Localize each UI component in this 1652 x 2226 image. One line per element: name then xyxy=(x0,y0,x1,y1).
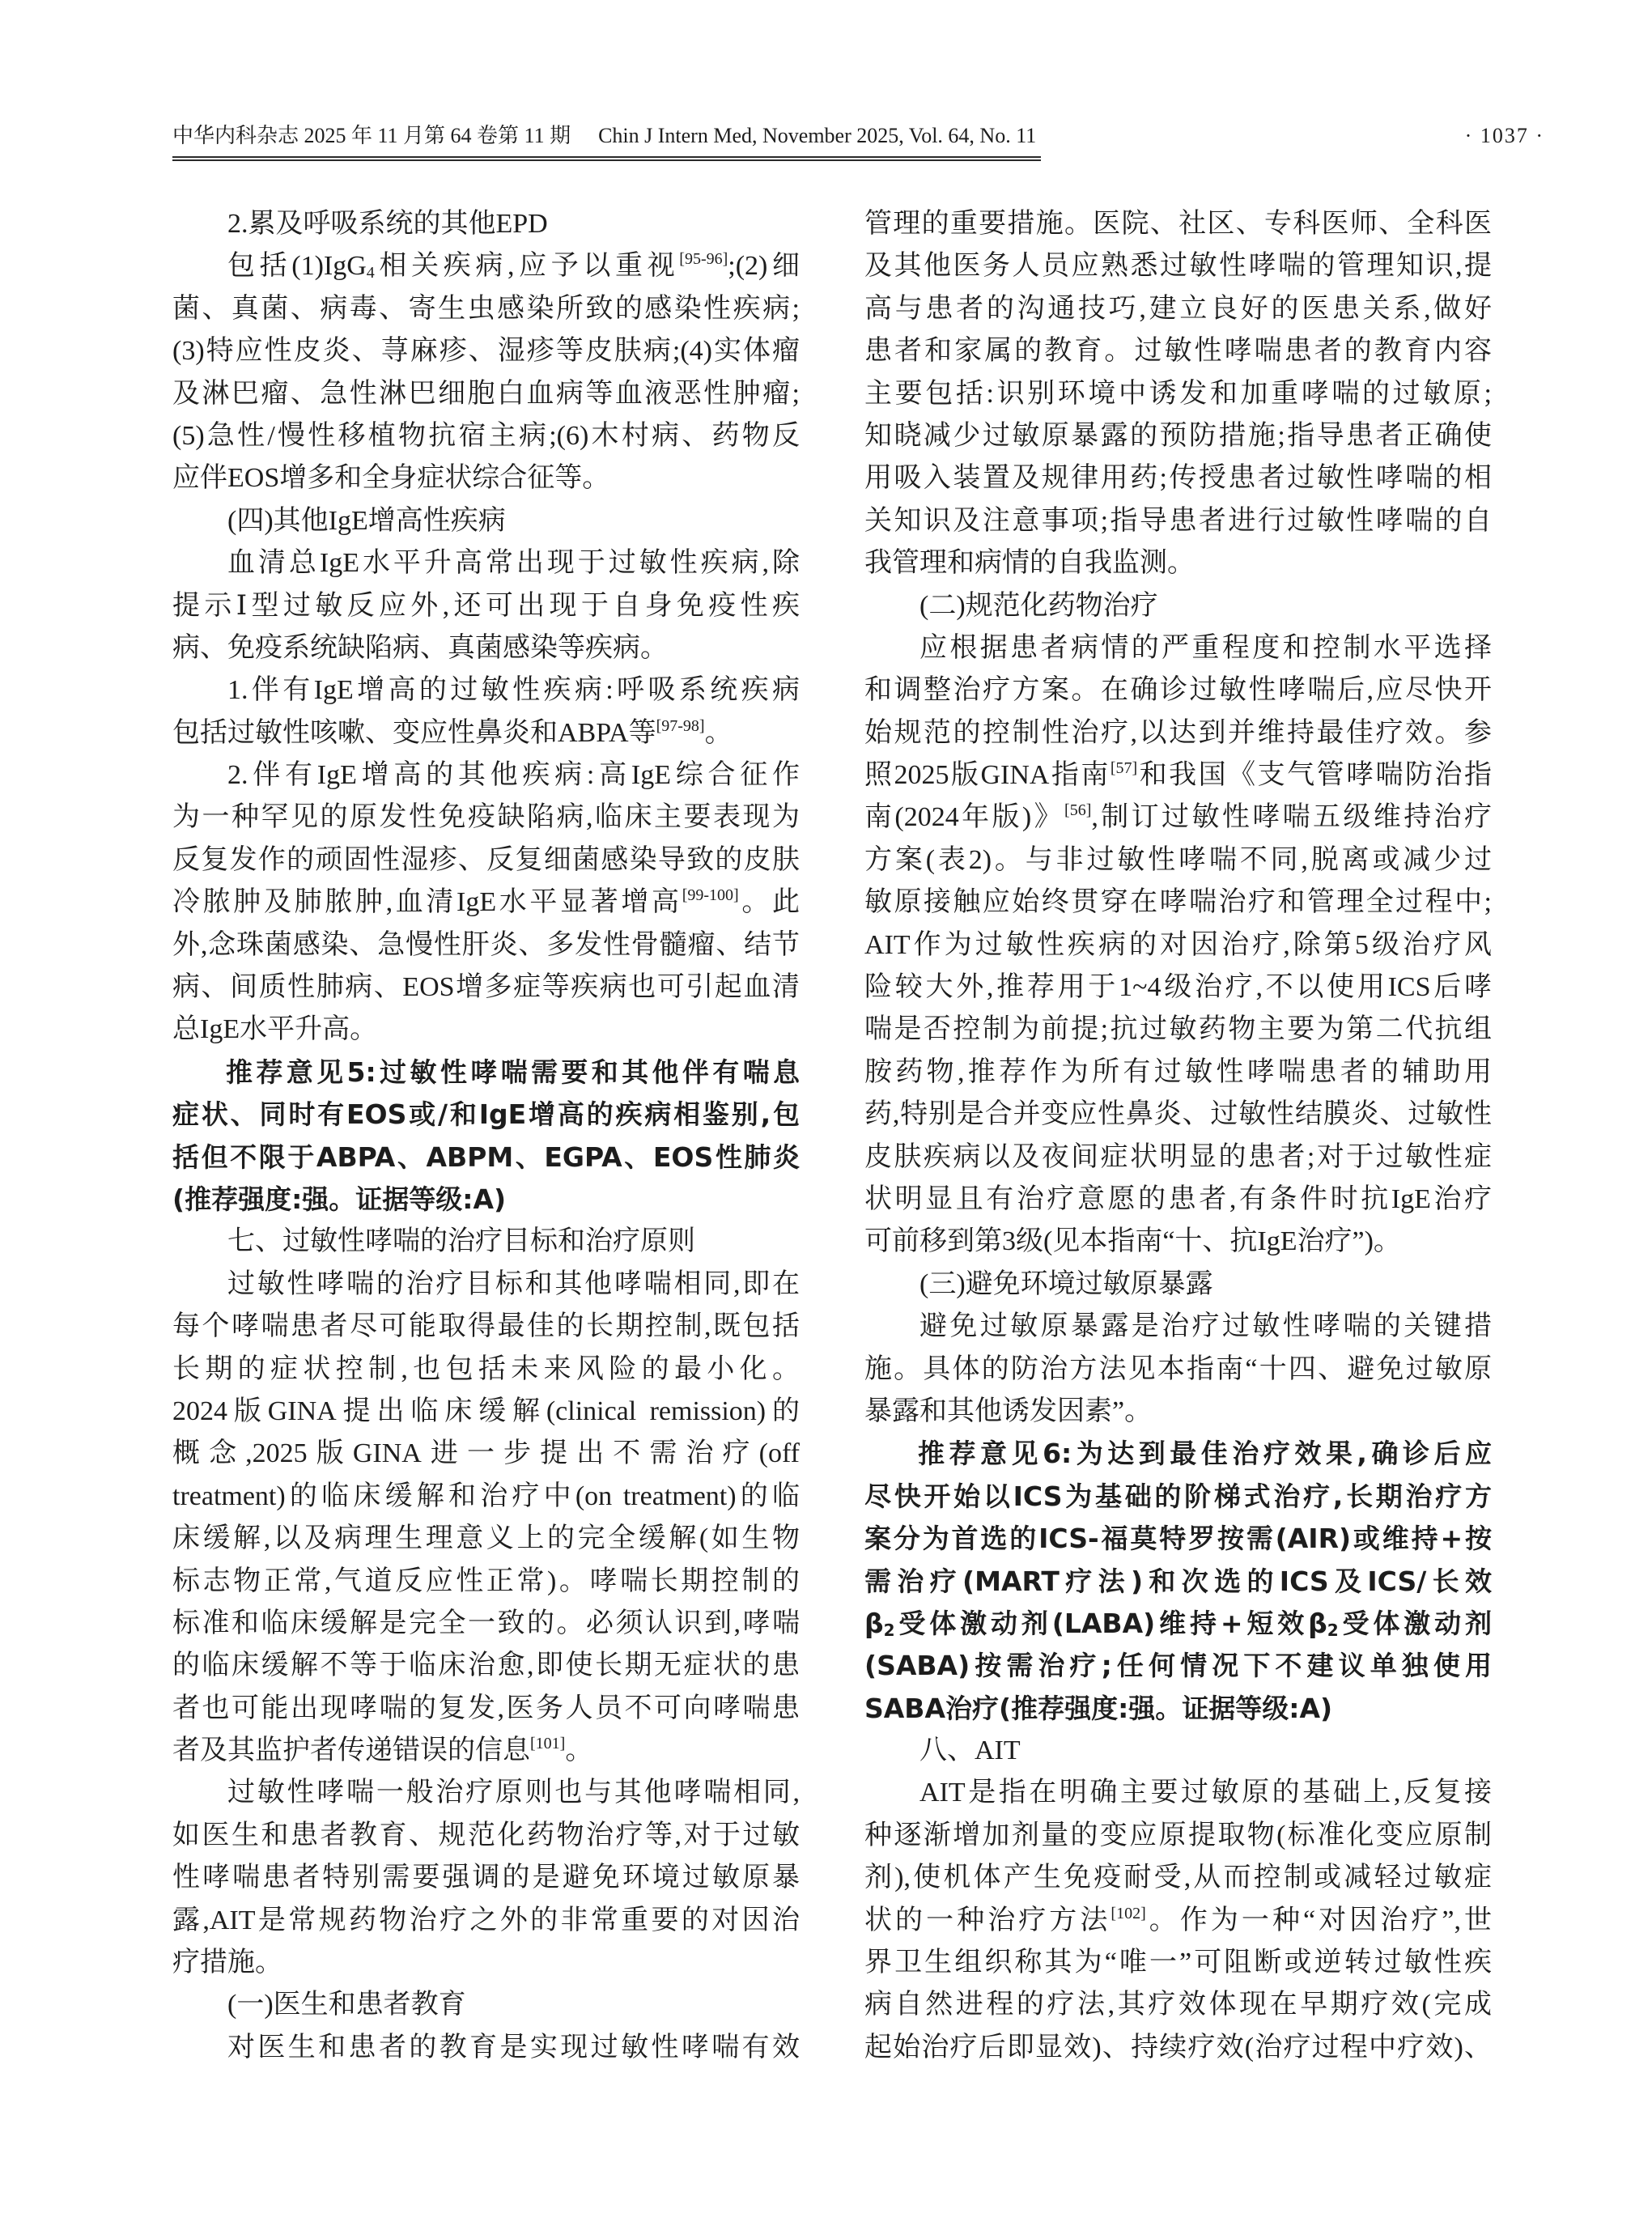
text-line: SABA治疗(推荐强度:强。证据等级:A) xyxy=(864,1688,1492,1730)
text-line: 为一种罕见的原发性免疫缺陷病,临床主要表现为 xyxy=(172,797,800,839)
text-line: 方案(表2)。与非过敏性哮喘不同,脱离或减少过 xyxy=(864,839,1492,881)
reference-superscript: [99-100] xyxy=(682,886,739,904)
text-line: 照2025版GINA指南[57]和我国《支气管哮喘防治指 xyxy=(864,754,1492,797)
left-column: 2.累及呼吸系统的其他EPD包括(1)IgG4相关疾病,应予以重视[95-96]… xyxy=(172,203,800,2069)
journal-citation-chinese: 中华内科杂志 2025 年 11 月第 64 卷第 11 期 xyxy=(172,124,571,147)
text-line: (四)其他IgE增高性疾病 xyxy=(172,500,800,542)
text-line: 案分为首选的ICS-福莫特罗按需(AIR)或维持+按 xyxy=(864,1518,1492,1560)
text-line: 标准和临床缓解是完全一致的。必须认识到,哮喘 xyxy=(172,1603,800,1645)
text-line: 病、间质性肺病、EOS增多症等疾病也可引起血清 xyxy=(172,966,800,1009)
reference-superscript: [95-96] xyxy=(679,250,728,268)
text-line: 种逐渐增加剂量的变应原提取物(标准化变应原制 xyxy=(864,1815,1492,1857)
text-line: 总IgE水平升高。 xyxy=(172,1009,800,1051)
text-line: treatment)的临床缓解和治疗中(on treatment)的临 xyxy=(172,1476,800,1518)
text-line: 如医生和患者教育、规范化药物治疗等,对于过敏 xyxy=(172,1815,800,1857)
text-line: 药,特别是合并变应性鼻炎、过敏性结膜炎、过敏性 xyxy=(864,1094,1492,1136)
text-line: 剂),使机体产生免疫耐受,从而控制或减轻过敏症 xyxy=(864,1857,1492,1899)
text-line: AIT是指在明确主要过敏原的基础上,反复接 xyxy=(864,1772,1492,1814)
journal-page: 中华内科杂志 2025 年 11 月第 64 卷第 11 期Chin J Int… xyxy=(0,0,1652,2226)
text-line: 高与患者的沟通技巧,建立良好的医患关系,做好 xyxy=(864,288,1492,330)
text-line: 每个哮喘患者尽可能取得最佳的长期控制,既包括 xyxy=(172,1306,800,1348)
text-line: 我管理和病情的自我监测。 xyxy=(864,542,1492,584)
text-line: 长期的症状控制,也包括未来风险的最小化。 xyxy=(172,1349,800,1391)
text-line: 菌、真菌、病毒、寄生虫感染所致的感染性疾病; xyxy=(172,288,800,330)
text-line: 界卫生组织称其为“唯一”可阻断或逆转过敏性疾 xyxy=(864,1942,1492,1984)
text-line: 应伴EOS增多和全身症状综合征等。 xyxy=(172,457,800,499)
text-line: (推荐强度:强。证据等级:A) xyxy=(172,1179,800,1221)
text-line: 疗措施。 xyxy=(172,1942,800,1984)
text-line: 状明显且有治疗意愿的患者,有条件时抗IgE治疗 xyxy=(864,1179,1492,1221)
text-line: 应根据患者病情的严重程度和控制水平选择 xyxy=(864,627,1492,669)
text-line: 七、过敏性哮喘的治疗目标和治疗原则 xyxy=(172,1221,800,1263)
journal-citation: 中华内科杂志 2025 年 11 月第 64 卷第 11 期Chin J Int… xyxy=(172,123,1041,161)
text-line: 主要包括:识别环境中诱发和加重哮喘的过敏原; xyxy=(864,373,1492,415)
text-line: 施。具体的防治方法见本指南“十四、避免过敏原 xyxy=(864,1349,1492,1391)
text-line: 始规范的控制性治疗,以达到并维持最佳疗效。参 xyxy=(864,712,1492,754)
text-line: 推荐意见6:为达到最佳治疗效果,确诊后应 xyxy=(864,1433,1492,1475)
reference-superscript: [97-98] xyxy=(656,717,705,735)
text-line: 尽快开始以ICS为基础的阶梯式治疗,长期治疗方 xyxy=(864,1476,1492,1518)
right-column: 管理的重要措施。医院、社区、专科医师、全科医师及其他医务人员应熟悉过敏性哮喘的管… xyxy=(864,203,1492,2069)
text-line: AIT作为过敏性疾病的对因治疗,除第5级治疗风 xyxy=(864,924,1492,966)
text-line: 包括过敏性咳嗽、变应性鼻炎和ABPA等[97-98]。 xyxy=(172,712,800,754)
text-line: 胺药物,推荐作为所有过敏性哮喘患者的辅助用 xyxy=(864,1051,1492,1094)
reference-superscript: [101] xyxy=(530,1735,565,1752)
text-line: (3)特应性皮炎、荨麻疹、湿疹等皮肤病;(4)实体瘤 xyxy=(172,330,800,372)
page-number: · 1037 · xyxy=(1465,123,1544,149)
text-line: (SABA)按需治疗;任何情况下不建议单独使用 xyxy=(864,1645,1492,1687)
subscript: 2 xyxy=(1327,1621,1339,1640)
text-line: 病自然进程的疗法,其疗效体现在早期疗效(完成 xyxy=(864,1984,1492,2026)
subscript: 4 xyxy=(367,264,375,282)
text-line: 对医生和患者的教育是实现过敏性哮喘有效 xyxy=(172,2027,800,2069)
journal-citation-english: Chin J Intern Med, November 2025, Vol. 6… xyxy=(598,124,1036,147)
text-line: 概念,2025版GINA进一步提出不需治疗(off xyxy=(172,1433,800,1475)
text-line: 可前移到第3级(见本指南“十、抗IgE治疗”)。 xyxy=(864,1221,1492,1263)
text-line: 起始治疗后即显效)、持续疗效(治疗过程中疗效)、 xyxy=(864,2027,1492,2069)
text-line: 冷脓肿及肺脓肿,血清IgE水平显著增高[99-100]。此 xyxy=(172,881,800,924)
running-head: 中华内科杂志 2025 年 11 月第 64 卷第 11 期Chin J Int… xyxy=(172,123,1544,161)
text-line: 知晓减少过敏原暴露的预防措施;指导患者正确使 xyxy=(864,415,1492,457)
text-line: 露,AIT是常规药物治疗之外的非常重要的对因治 xyxy=(172,1900,800,1942)
text-line: 者也可能出现哮喘的复发,医务人员不可向哮喘患 xyxy=(172,1688,800,1730)
text-line: 皮肤疾病以及夜间症状明显的患者;对于过敏性症 xyxy=(864,1136,1492,1179)
text-line: 1.伴有IgE增高的过敏性疾病:呼吸系统疾病 xyxy=(172,669,800,712)
text-line: 推荐意见5:过敏性哮喘需要和其他伴有喘息 xyxy=(172,1051,800,1094)
text-line: 南(2024年版)》[56],制订过敏性哮喘五级维持治疗 xyxy=(864,797,1492,839)
text-line: 及其他医务人员应熟悉过敏性哮喘的管理知识,提 xyxy=(864,245,1492,287)
text-line: 症状、同时有EOS或/和IgE增高的疾病相鉴别,包 xyxy=(172,1094,800,1136)
text-line: 避免过敏原暴露是治疗过敏性哮喘的关键措 xyxy=(864,1306,1492,1348)
text-line: 反复发作的顽固性湿疹、反复细菌感染导致的皮肤 xyxy=(172,839,800,881)
text-line: β2受体激动剂(LABA)维持+短效β2受体激动剂 xyxy=(864,1603,1492,1645)
text-line: 血清总IgE水平升高常出现于过敏性疾病,除 xyxy=(172,542,800,584)
text-line: 床缓解,以及病理生理意义上的完全缓解(如生物 xyxy=(172,1518,800,1560)
text-line: 2.累及呼吸系统的其他EPD xyxy=(172,203,800,245)
text-line: (二)规范化药物治疗 xyxy=(864,585,1492,627)
text-line: 八、AIT xyxy=(864,1730,1492,1772)
two-column-text-body: 2.累及呼吸系统的其他EPD包括(1)IgG4相关疾病,应予以重视[95-96]… xyxy=(172,203,1492,2069)
text-line: 敏原接触应始终贯穿在哮喘治疗和管理全过程中; xyxy=(864,881,1492,924)
text-line: 性哮喘患者特别需要强调的是避免环境过敏原暴 xyxy=(172,1857,800,1899)
text-line: 险较大外,推荐用于1~4级治疗,不以使用ICS后哮 xyxy=(864,966,1492,1009)
text-line: 管理的重要措施。医院、社区、专科医师、全科医师 xyxy=(864,203,1492,245)
text-line: 包括(1)IgG4相关疾病,应予以重视[95-96];(2)细 xyxy=(172,245,800,287)
text-line: 2.伴有IgE增高的其他疾病:高IgE综合征作 xyxy=(172,754,800,797)
text-line: 外,念珠菌感染、急慢性肝炎、多发性骨髓瘤、结节 xyxy=(172,924,800,966)
text-line: 患者和家属的教育。过敏性哮喘患者的教育内容 xyxy=(864,330,1492,372)
text-line: 2024版GINA提出临床缓解(clinical remission)的 xyxy=(172,1391,800,1433)
text-line: 喘是否控制为前提;抗过敏药物主要为第二代抗组 xyxy=(864,1009,1492,1051)
text-line: 和调整治疗方案。在确诊过敏性哮喘后,应尽快开 xyxy=(864,669,1492,712)
text-line: 提示Ⅰ型过敏反应外,还可出现于自身免疫性疾 xyxy=(172,585,800,627)
text-line: 关知识及注意事项;指导患者进行过敏性哮喘的自 xyxy=(864,500,1492,542)
text-line: 及淋巴瘤、急性淋巴细胞白血病等血液恶性肿瘤; xyxy=(172,373,800,415)
reference-superscript: [57] xyxy=(1111,759,1137,777)
text-line: 者及其监护者传递错误的信息[101]。 xyxy=(172,1730,800,1772)
text-line: 病、免疫系统缺陷病、真菌感染等疾病。 xyxy=(172,627,800,669)
text-line: 暴露和其他诱发因素”。 xyxy=(864,1391,1492,1433)
text-line: 用吸入装置及规律用药;传授患者过敏性哮喘的相 xyxy=(864,457,1492,499)
text-line: (三)避免环境过敏原暴露 xyxy=(864,1264,1492,1306)
text-line: 的临床缓解不等于临床治愈,即使长期无症状的患 xyxy=(172,1645,800,1687)
text-line: (一)医生和患者教育 xyxy=(172,1984,800,2026)
subscript: 2 xyxy=(884,1621,895,1640)
text-line: 状的一种治疗方法[102]。作为一种“对因治疗”,世 xyxy=(864,1900,1492,1942)
reference-superscript: [56] xyxy=(1064,801,1091,819)
reference-superscript: [102] xyxy=(1111,1905,1145,1922)
text-line: 标志物正常,气道反应性正常)。哮喘长期控制的 xyxy=(172,1561,800,1603)
text-line: 需治疗(MART疗法)和次选的ICS及ICS/长效 xyxy=(864,1561,1492,1603)
text-line: (5)急性/慢性移植物抗宿主病;(6)木村病、药物反 xyxy=(172,415,800,457)
text-line: 过敏性哮喘的治疗目标和其他哮喘相同,即在 xyxy=(172,1264,800,1306)
text-line: 括但不限于ABPA、ABPM、EGPA、EOS性肺炎 xyxy=(172,1136,800,1179)
text-line: 过敏性哮喘一般治疗原则也与其他哮喘相同, xyxy=(172,1772,800,1814)
